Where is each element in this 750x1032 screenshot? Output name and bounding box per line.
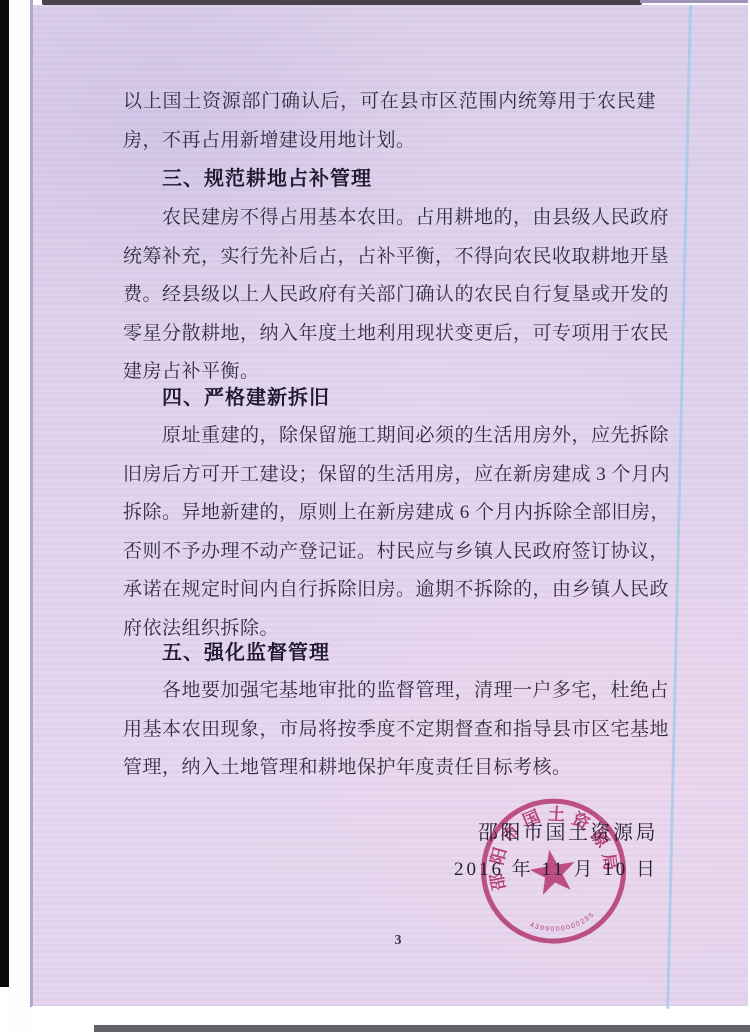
scanner-film-strip <box>0 0 9 987</box>
section-4-paragraph: 原址重建的，除保留施工期间必须的生活用房外，应先拆除 旧房后方可开工建设；保留的… <box>123 417 656 648</box>
document-line: 统筹补充，实行先补后占，占补平衡，不得向农民收取耕地开垦 <box>123 238 656 277</box>
signature-block: 邵阳市国土资源局 2016 年 11 月 10 日 <box>383 818 658 885</box>
document-line: 管理，纳入土地管理和耕地保护年度责任目标考核。 <box>123 749 656 788</box>
document-line: 房，不再占用新增建设用地计划。 <box>123 122 656 161</box>
document-line: 农民建房不得占用基本农田。占用耕地的，由县级人民政府 <box>123 199 656 238</box>
heading-text: 三、规范耕地占补管理 <box>123 160 656 199</box>
page-top-shadow <box>42 0 642 5</box>
heading-text: 五、强化监督管理 <box>123 634 656 673</box>
scan-margin <box>9 0 32 1032</box>
page-bottom-shadow <box>94 1025 750 1032</box>
document-line: 各地要加强宅基地审批的监督管理，清理一户多宅，杜绝占 <box>123 672 656 711</box>
scanned-document-page: 以上国土资源部门确认后，可在县市区范围内统筹用于农民建 房，不再占用新增建设用地… <box>33 5 748 1006</box>
heading-text: 四、严格建新拆旧 <box>123 379 656 418</box>
section-5-paragraph: 各地要加强宅基地审批的监督管理，清理一户多宅，杜绝占 用基本农田现象，市局将按季… <box>123 672 656 788</box>
section-heading-4: 四、严格建新拆旧 <box>123 379 656 418</box>
document-line: 原址重建的，除保留施工期间必须的生活用房外，应先拆除 <box>123 417 656 456</box>
document-line: 用基本农田现象，市局将按季度不定期督查和指导县市区宅基地 <box>123 711 656 750</box>
section-heading-3: 三、规范耕地占补管理 <box>123 160 656 199</box>
document-line: 否则不予办理不动产登记证。村民应与乡镇人民政府签订协议， <box>123 533 656 572</box>
document-line: 零星分散耕地，纳入年度土地利用现状变更后，可专项用于农民 <box>123 315 656 354</box>
issuing-agency: 邵阳市国土资源局 <box>383 818 658 848</box>
document-line: 承诺在规定时间内自行拆除旧房。逾期不拆除的，由乡镇人民政 <box>123 571 656 610</box>
document-line: 以上国土资源部门确认后，可在县市区范围内统筹用于农民建 <box>123 83 656 122</box>
page-top-shadow-faint <box>640 0 748 3</box>
document-line: 旧房后方可开工建设；保留的生活用房，应在新房建成 3 个月内 <box>123 456 656 495</box>
section-heading-5: 五、强化监督管理 <box>123 634 656 673</box>
document-line: 拆除。异地新建的，原则上在新房建成 6 个月内拆除全部旧房， <box>123 494 656 533</box>
page-number: 3 <box>363 933 433 949</box>
issue-date: 2016 年 11 月 10 日 <box>383 855 658 885</box>
document-line: 费。经县级以上人民政府有关部门确认的农民自行复垦或开发的 <box>123 276 656 315</box>
section-3-paragraph: 农民建房不得占用基本农田。占用耕地的，由县级人民政府 统筹补充，实行先补后占，占… <box>123 199 656 392</box>
paragraph-continuation: 以上国土资源部门确认后，可在县市区范围内统筹用于农民建 房，不再占用新增建设用地… <box>123 83 656 160</box>
